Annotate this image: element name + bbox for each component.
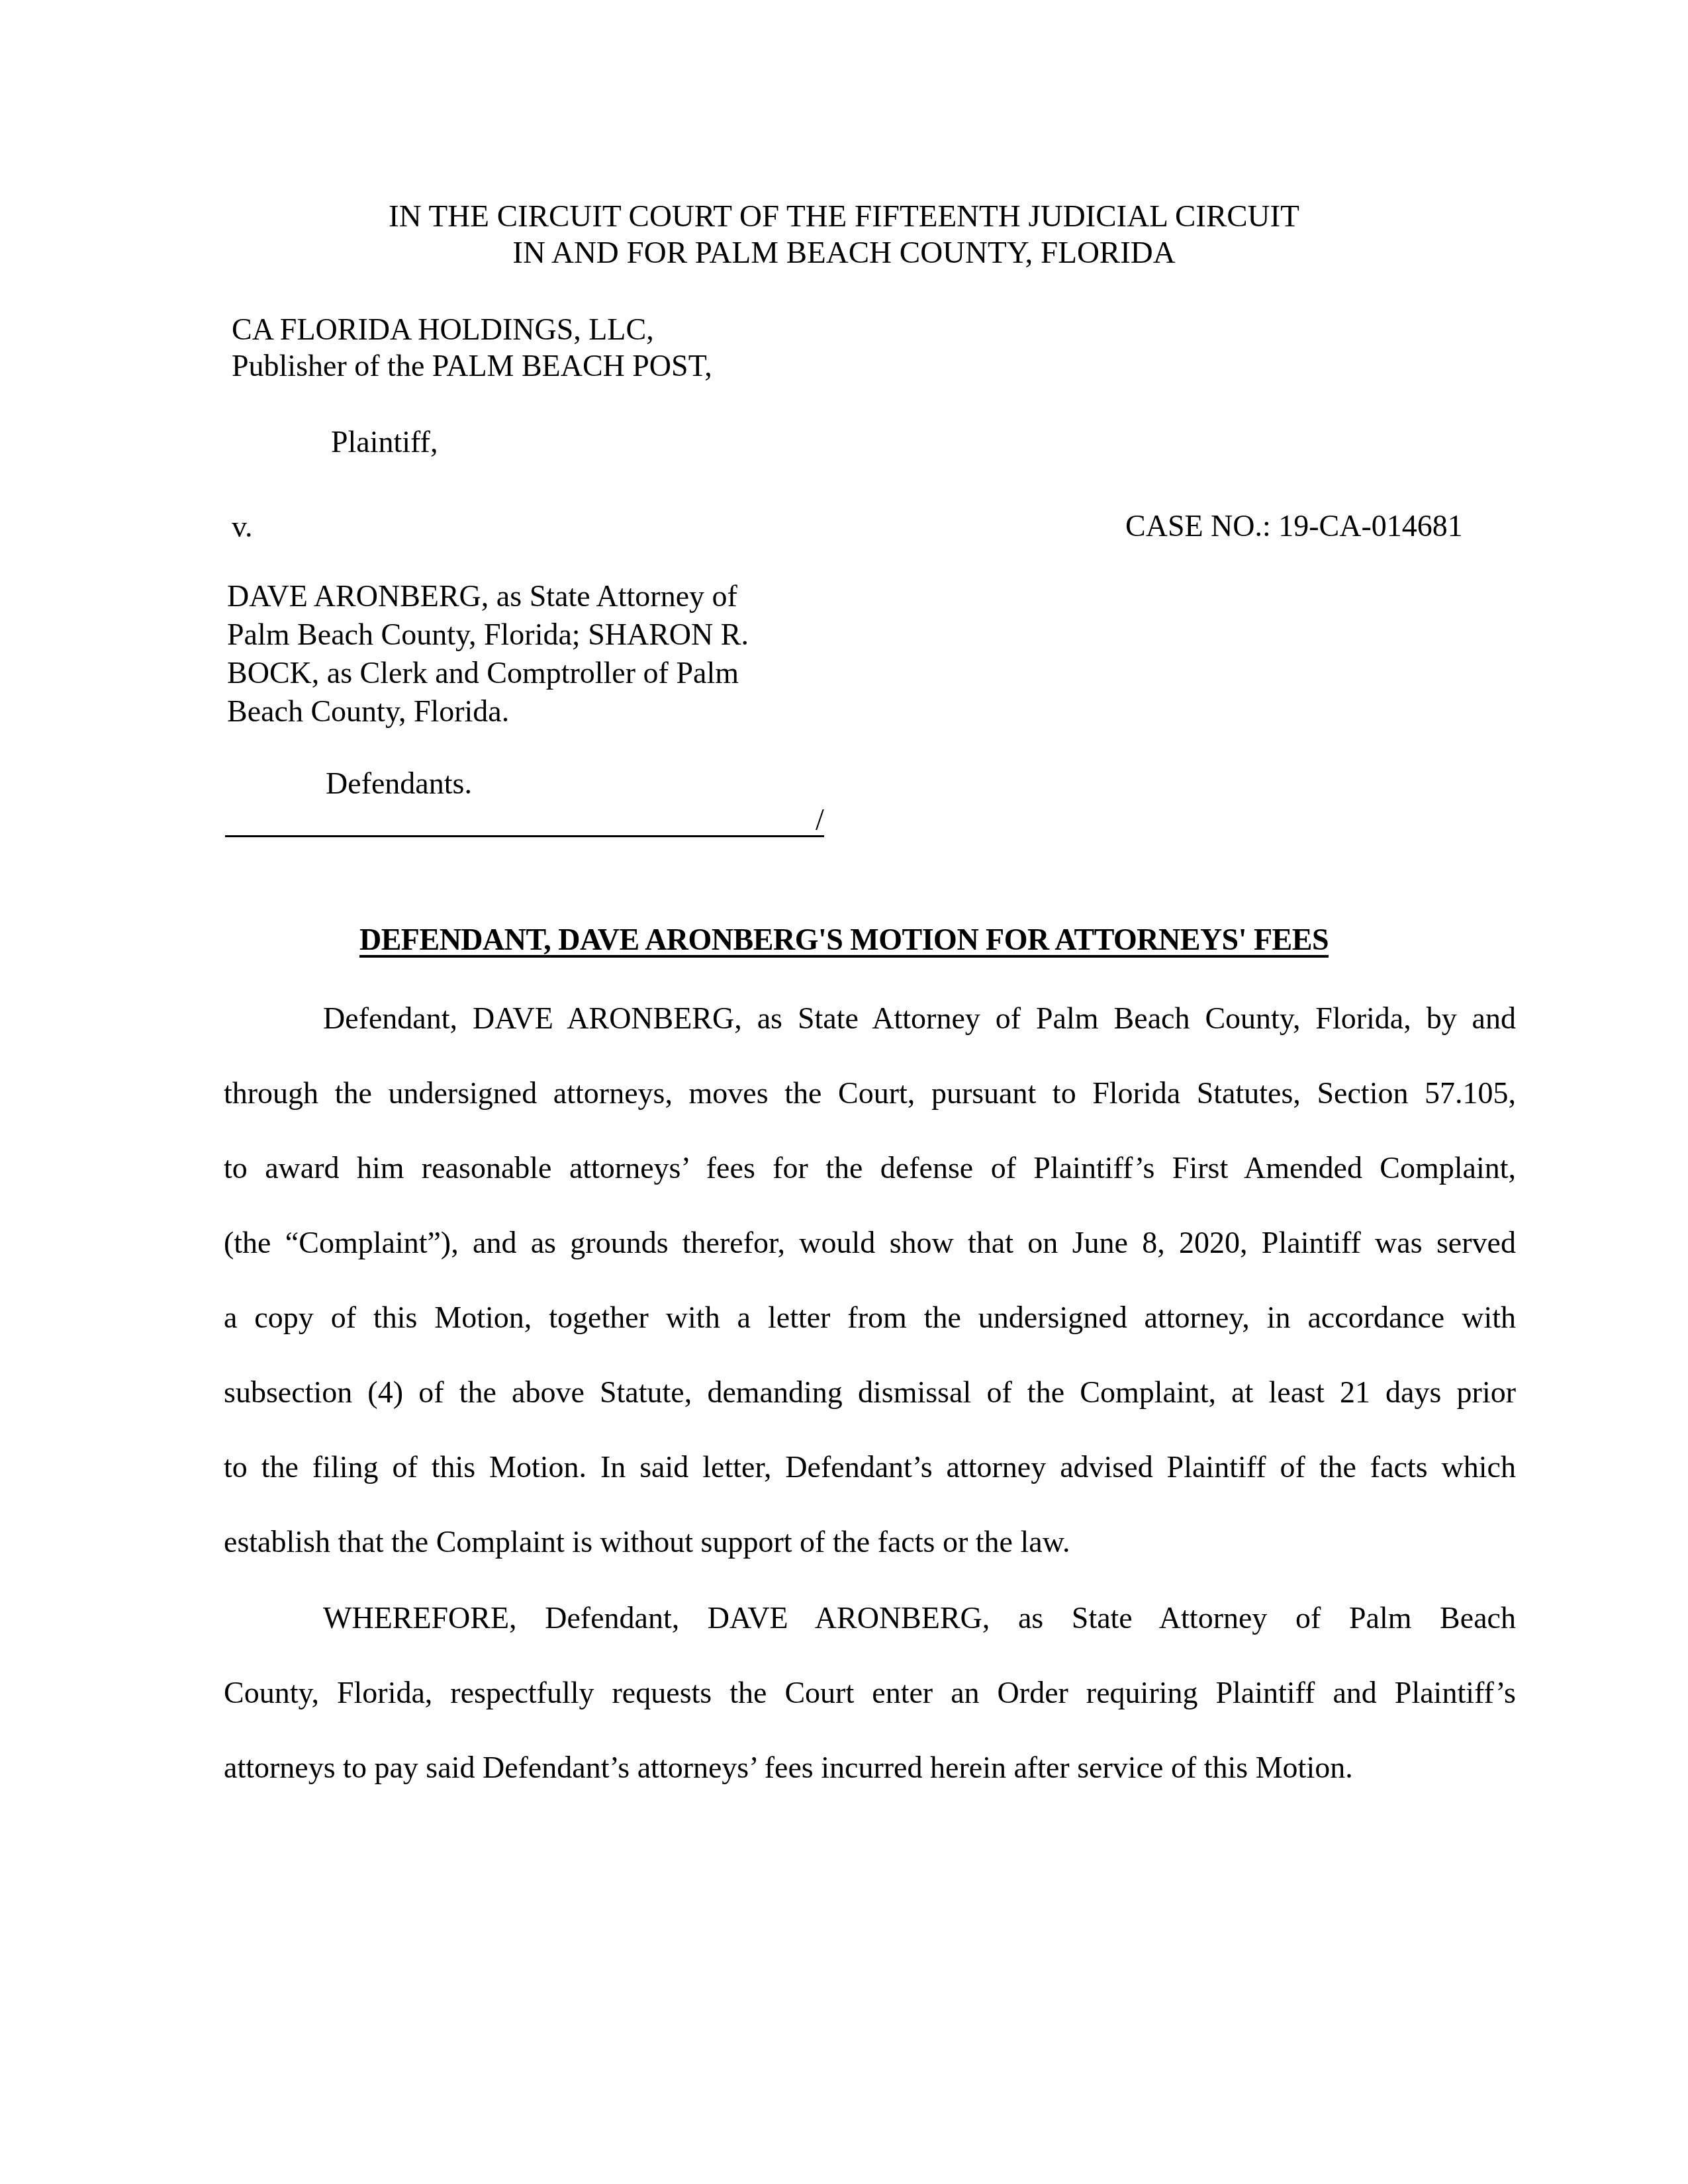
defendants-role: Defendants. — [326, 765, 472, 801]
paragraph-line: Defendant, DAVE ARONBERG, as State Attor… — [323, 1001, 1516, 1036]
paragraph-line: WHEREFORE, Defendant, DAVE ARONBERG, as … — [323, 1600, 1516, 1636]
paragraph-line: subsection (4) of the above Statute, dem… — [224, 1375, 1516, 1410]
motion-title: DEFENDANT, DAVE ARONBERG'S MOTION FOR AT… — [0, 922, 1688, 958]
court-header-line-1: IN THE CIRCUIT COURT OF THE FIFTEENTH JU… — [0, 199, 1688, 234]
defendants-name-line: DAVE ARONBERG, as State Attorney of — [227, 577, 749, 615]
defendants-names: DAVE ARONBERG, as State Attorney of Palm… — [227, 577, 749, 731]
court-header-line-2: IN AND FOR PALM BEACH COUNTY, FLORIDA — [0, 235, 1688, 271]
paragraph-line: to award him reasonable attorneys’ fees … — [224, 1150, 1516, 1186]
defendants-name-line: Beach County, Florida. — [227, 692, 749, 731]
caption-slash: / — [816, 802, 824, 838]
paragraph-line: (the “Complaint”), and as grounds theref… — [224, 1225, 1516, 1261]
document-page: IN THE CIRCUIT COURT OF THE FIFTEENTH JU… — [0, 0, 1688, 2184]
paragraph-line: through the undersigned attorneys, moves… — [224, 1075, 1516, 1111]
plaintiff-name-line: Publisher of the PALM BEACH POST, — [232, 347, 712, 384]
case-number: CASE NO.: 19-CA-014681 — [1125, 508, 1463, 544]
paragraph-line: to the filing of this Motion. In said le… — [224, 1449, 1516, 1485]
caption-divider — [225, 835, 824, 837]
defendants-name-line: Palm Beach County, Florida; SHARON R. — [227, 615, 749, 654]
defendants-name-line: BOCK, as Clerk and Comptroller of Palm — [227, 654, 749, 692]
paragraph-line: attorneys to pay said Defendant’s attorn… — [224, 1750, 1516, 1786]
plaintiff-role: Plaintiff, — [331, 424, 438, 460]
versus-label: v. — [232, 508, 253, 545]
plaintiff-name-line: CA FLORIDA HOLDINGS, LLC, — [232, 311, 712, 347]
paragraph-line: County, Florida, respectfully requests t… — [224, 1675, 1516, 1711]
plaintiff-name: CA FLORIDA HOLDINGS, LLC, Publisher of t… — [232, 311, 712, 384]
paragraph-line: establish that the Complaint is without … — [224, 1524, 1516, 1560]
paragraph-line: a copy of this Motion, together with a l… — [224, 1300, 1516, 1336]
